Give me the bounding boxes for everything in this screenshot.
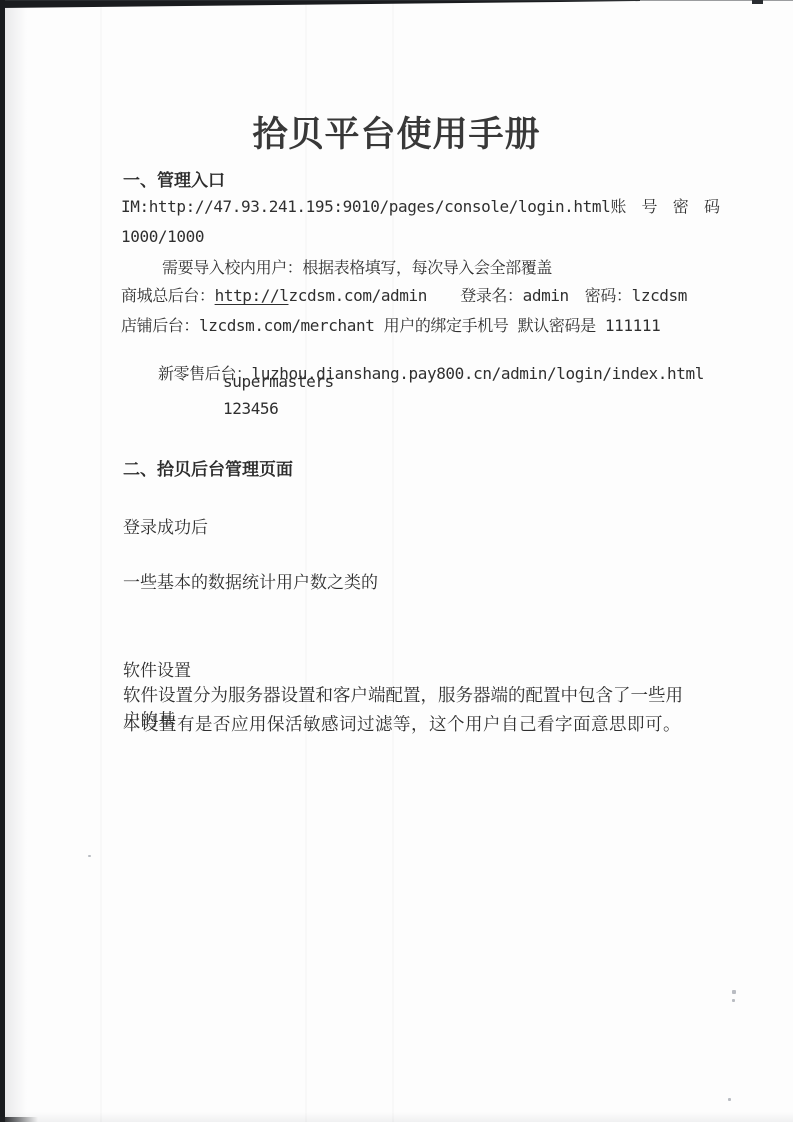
mall-credentials-group: 登录名：admin密码：lzcdsm <box>460 283 687 306</box>
scan-speck <box>732 999 735 1002</box>
scan-speck <box>732 990 736 994</box>
mall-url-group: 商城总后台：http://lzcdsm.com/admin <box>121 283 427 306</box>
scan-speck <box>88 855 91 857</box>
mall-url-link: http://l <box>215 286 289 305</box>
im-login-line: IM:http://47.93.241.195:9010/pages/conso… <box>121 194 687 217</box>
mall-password: 密码：lzcdsm <box>585 286 687 305</box>
scan-band <box>100 0 102 1122</box>
software-settings-paragraph-line2: 本设置有是否应用保活敏感词过滤等，这个用户自己看字面意思即可。 <box>123 711 688 736</box>
im-account-password-label: 账 号 密 码 <box>610 194 719 217</box>
stats-note-text: 一些基本的数据统计用户数之类的 <box>123 568 378 593</box>
scan-edge-left <box>0 0 5 1122</box>
scan-corner-speck <box>752 0 763 4</box>
scan-edge-top <box>0 0 793 10</box>
mall-url-rest: zcdsm.com/admin <box>288 286 427 305</box>
scan-speck <box>728 1098 731 1101</box>
retail-password: 123456 <box>223 399 789 418</box>
section2-heading: 二、拾贝后台管理页面 <box>123 455 293 480</box>
scan-edge-bottom-shadow <box>0 1112 793 1122</box>
document-title: 拾贝平台使用手册 <box>0 107 793 157</box>
scan-edge-left-shadow <box>5 0 27 1122</box>
import-note-line: 需要导入校内用户：根据表格填写，每次导入会全部覆盖 <box>162 255 728 278</box>
scan-edge-bottom-left <box>0 1117 38 1122</box>
shop-backend-line: 店铺后台：lzcdsm.com/merchant 用户的绑定手机号 默认密码是 … <box>121 313 687 336</box>
retail-username: supermasters <box>223 372 789 391</box>
mall-label: 商城总后台： <box>121 286 215 305</box>
software-settings-heading: 软件设置 <box>123 656 191 681</box>
im-url: IM:http://47.93.241.195:9010/pages/conso… <box>121 197 610 216</box>
scan-band <box>305 0 307 1122</box>
section1-heading: 一、管理入口 <box>123 166 225 191</box>
mall-backend-line: 商城总后台：http://lzcdsm.com/admin 登录名：admin密… <box>121 283 687 306</box>
login-success-text: 登录成功后 <box>123 513 208 538</box>
scan-band <box>392 0 394 1122</box>
mall-login-name: 登录名：admin <box>460 286 569 305</box>
scanned-page: 拾贝平台使用手册 一、管理入口 IM:http://47.93.241.195:… <box>0 0 793 1122</box>
credentials-line: 1000/1000 <box>121 227 687 246</box>
